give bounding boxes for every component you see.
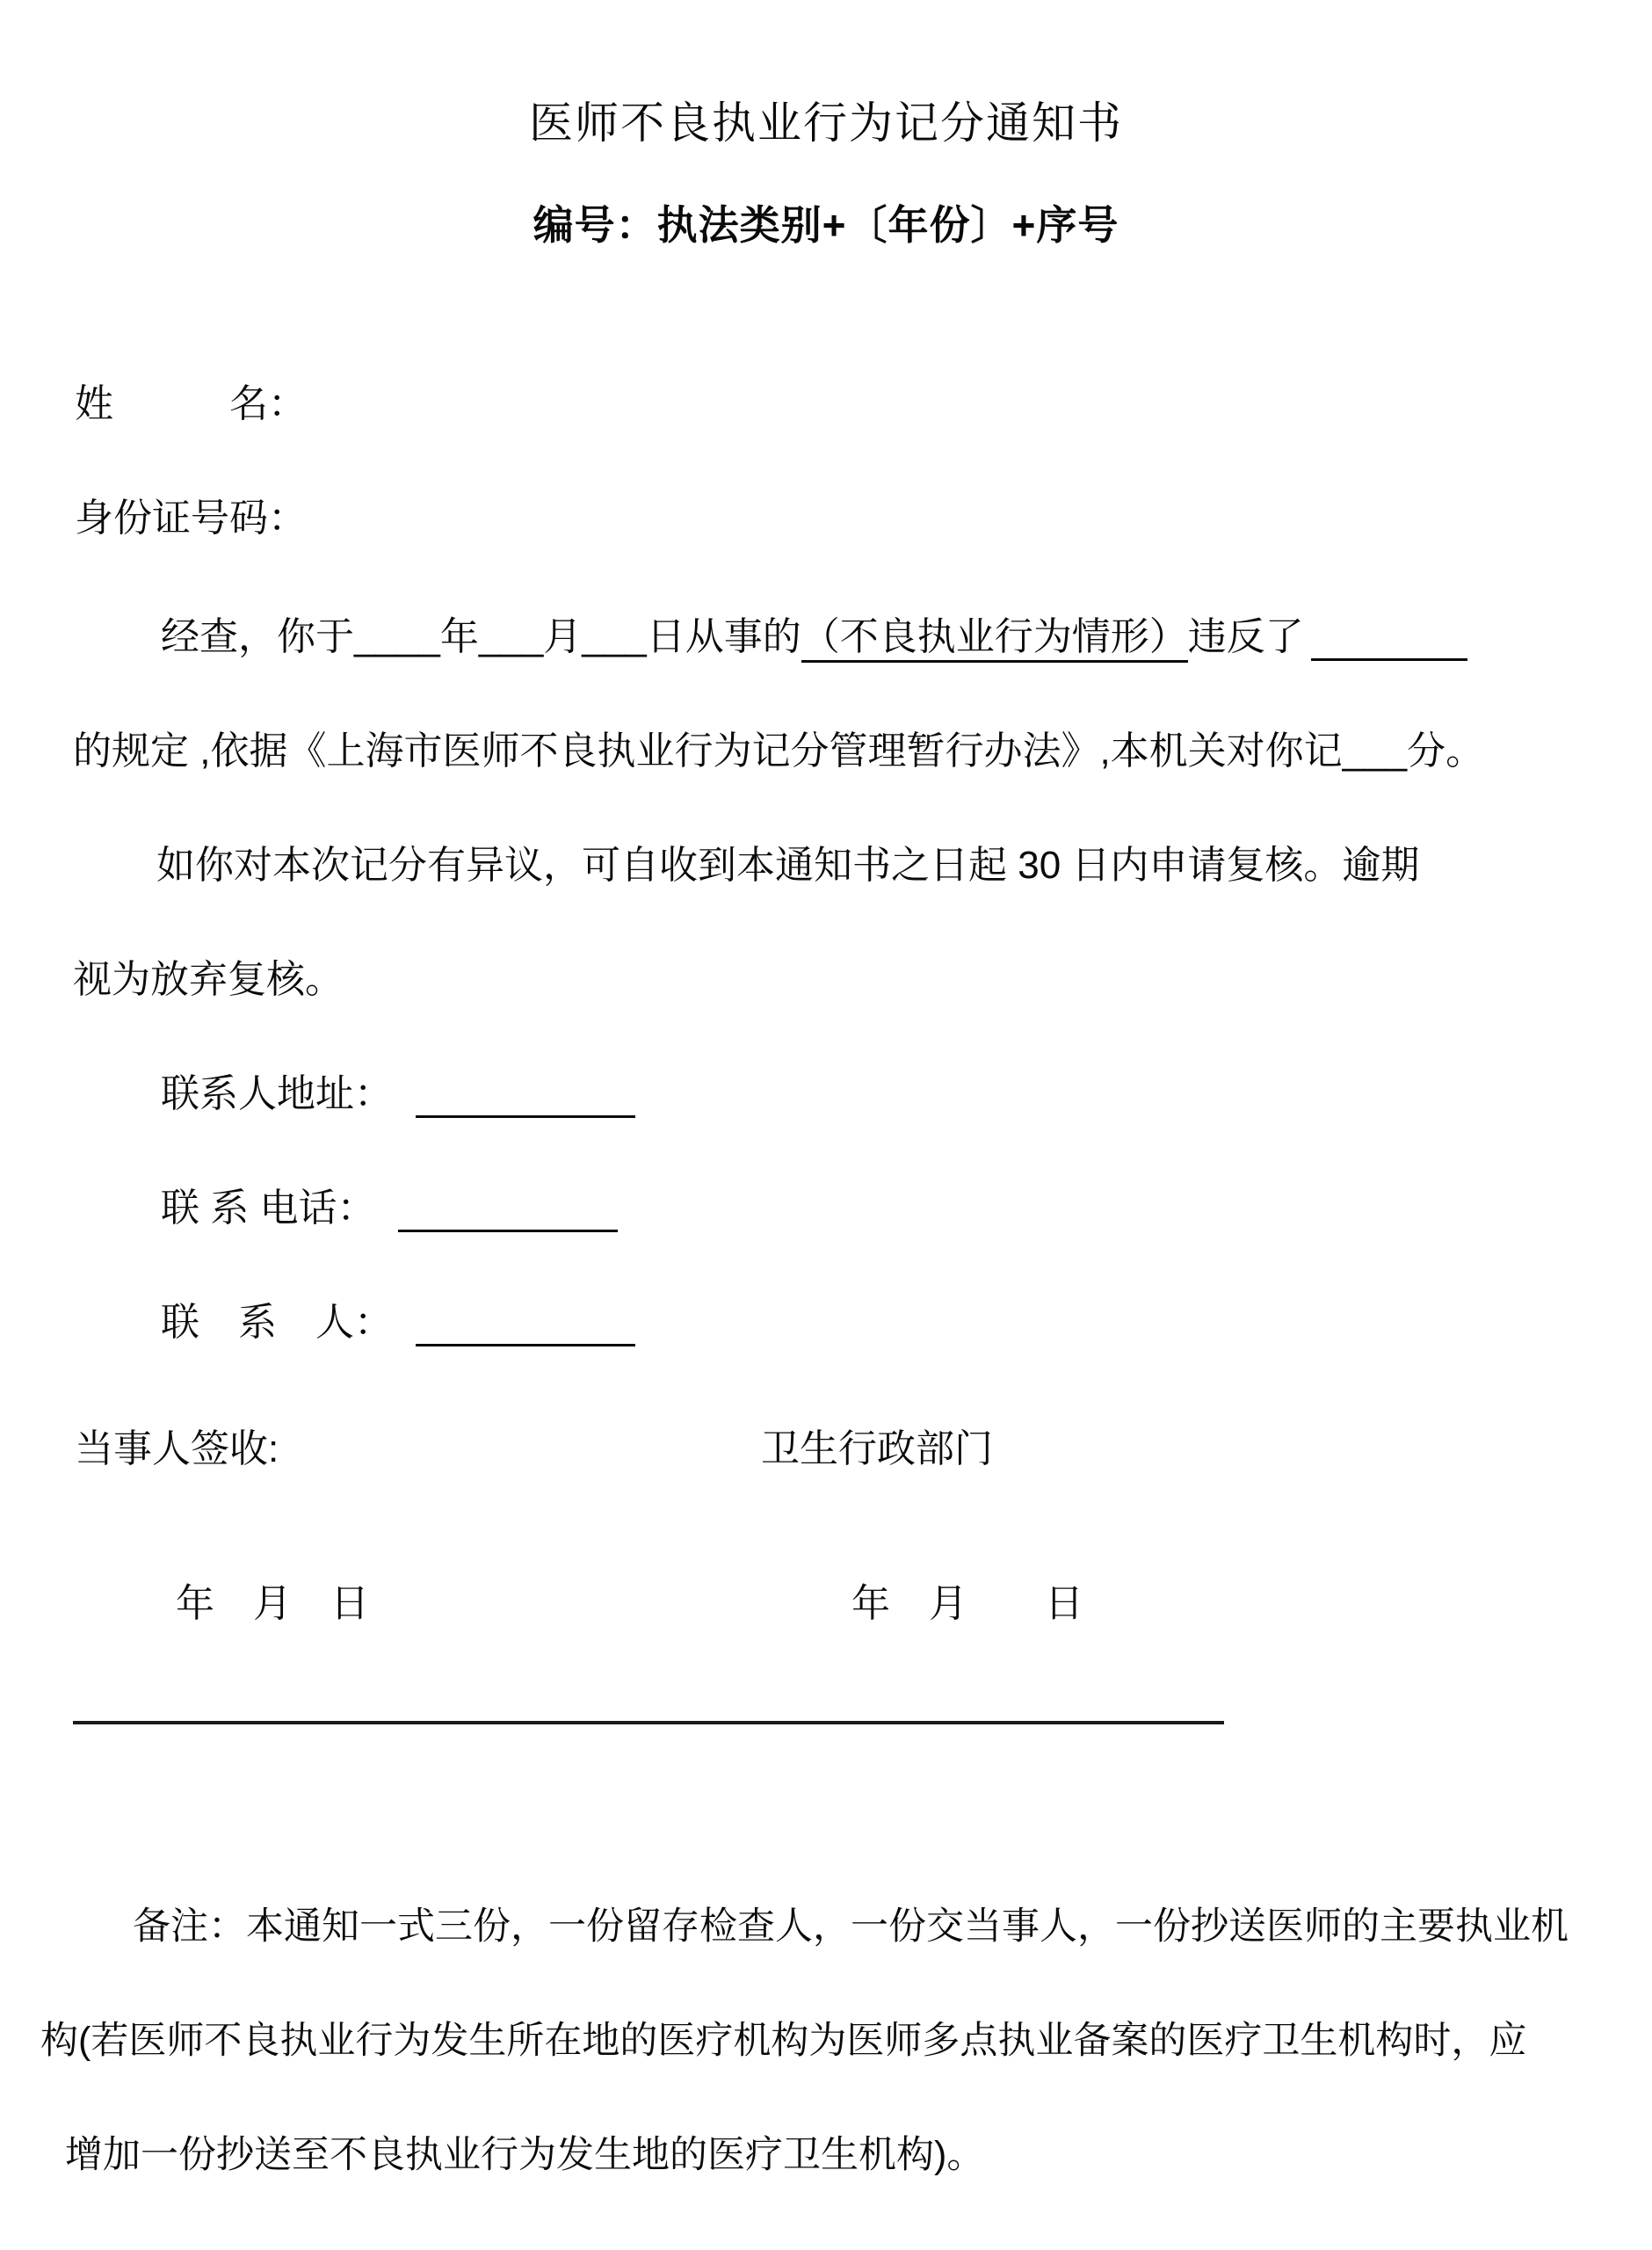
violation-regulation-blank (1311, 616, 1467, 661)
violation-underlined-phrase: （不良执业行为情形） (801, 615, 1188, 663)
contact-person-blank (416, 1302, 635, 1346)
note-line-2: 构(若医师不良执业行为发生所在地的医疗机构为医师多点执业备案的医疗卫生机构时，应 (40, 2011, 1526, 2065)
date-line-left: 年 月 日 (176, 1571, 369, 1628)
id-number-field-label: 身份证号码： (75, 486, 307, 542)
separator-line (73, 1721, 1224, 1724)
paragraph-1-text-after: 违反了 (1188, 615, 1304, 658)
contact-phone-label: 联 系 电话： (161, 1187, 375, 1230)
paragraph-3-line-1: 如你对本次记分有异议，可自收到本通知书之日起 30 日内申请复核。逾期 (156, 833, 1419, 889)
party-signature-label: 当事人签收: (75, 1417, 279, 1473)
paragraph-3-line-2: 视为放弃复核。 (73, 947, 344, 1004)
paragraph-2: 的规定 ,依据《上海市医师不良执业行为记分管理暂行办法》,本机关对你记___分。 (73, 719, 1484, 775)
document-title: 医师不良执业行为记分通知书 (0, 88, 1652, 151)
contact-address-label: 联系人地址： (161, 1072, 393, 1115)
name-field-label: 姓 名： (75, 372, 307, 428)
contact-person-label: 联 系 人： (161, 1301, 393, 1344)
note-line-1: 备注：本通知一式三份，一份留存检查人，一份交当事人，一份抄送医师的主要执业机 (133, 1897, 1569, 1950)
contact-address-row: 联系人地址： (161, 1062, 635, 1118)
paragraph-1-text-before: 经查，你于____年___月___日从事的 (161, 615, 801, 658)
health-authority-label: 卫生行政部门 (761, 1417, 993, 1473)
contact-phone-blank (398, 1187, 618, 1232)
contact-person-row: 联 系 人： (161, 1290, 635, 1346)
contact-address-blank (416, 1073, 635, 1118)
notice-document-page: 医师不良执业行为记分通知书 编号：执法类别+〔年份〕+序号 姓 名： 身份证号码… (0, 0, 1652, 2250)
note-line-3: 增加一份抄送至不良执业行为发生地的医疗卫生机构)。 (65, 2125, 984, 2179)
contact-phone-row: 联 系 电话： (161, 1176, 618, 1232)
date-line-right: 年 月 日 (851, 1571, 1083, 1628)
document-number-subtitle: 编号：执法类别+〔年份〕+序号 (0, 193, 1652, 251)
paragraph-1: 经查，你于____年___月___日从事的（不良执业行为情形）违反了 (161, 605, 1467, 661)
